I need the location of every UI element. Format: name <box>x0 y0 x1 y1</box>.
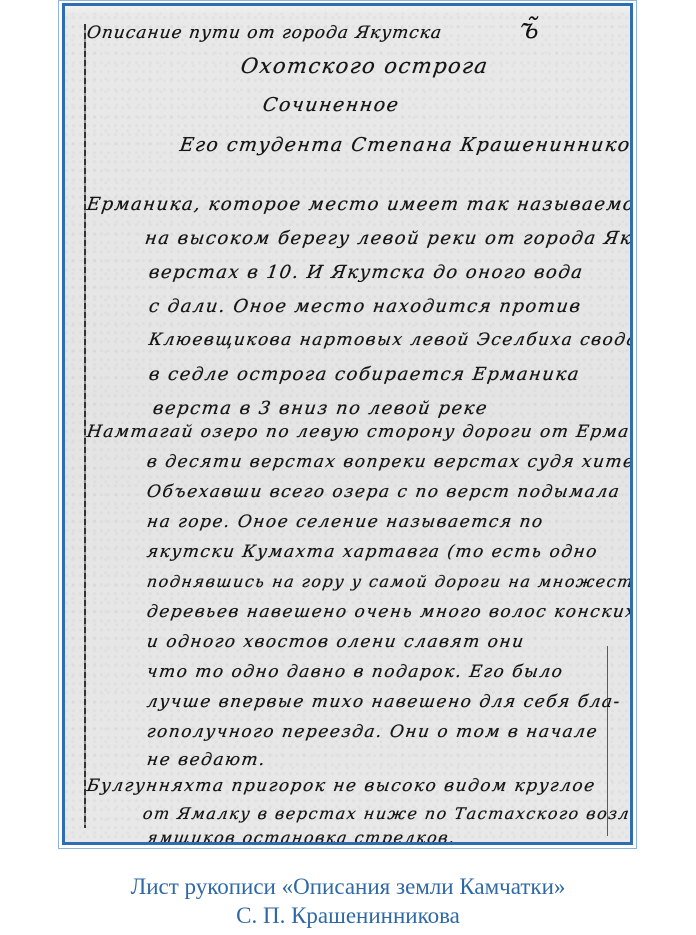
manuscript-line: ямщиков остановка стрелков. <box>146 828 458 845</box>
manuscript-line: и одного хвостов олени славят они <box>146 632 526 652</box>
manuscript-line: Охотского острога <box>239 54 490 78</box>
manuscript-line: Намтагай озеро по левую сторону дороги о… <box>86 422 633 442</box>
margin-line <box>84 24 86 828</box>
manuscript-line: лучше впервые тихо навешено для себя бла… <box>146 692 623 712</box>
caption-title: Лист рукописи «Описания земли Камчатки» <box>0 873 696 901</box>
manuscript-line: на горе. Оное селение называется по <box>146 512 546 532</box>
manuscript-line: якутски Кумахта хартавга (то есть одно <box>146 542 600 562</box>
manuscript-line: верста в 3 вниз по левой реке <box>152 398 490 419</box>
manuscript-line: поднявшись на гору у самой дороги на мно… <box>146 572 633 591</box>
manuscript-line: что то одно давно в подарок. Его было <box>146 662 565 682</box>
manuscript-line: Объехавши всего озера с по верст подымал… <box>146 482 622 502</box>
manuscript-line: Описание пути от города Якутска <box>86 23 444 43</box>
manuscript-line: с дали. Оное место находится против <box>148 296 583 317</box>
manuscript-line: Сочиненное <box>261 94 401 116</box>
manuscript-line: Клюевщикова нартовых левой Эселбиха свод… <box>148 330 633 350</box>
manuscript-line: Булгунняхта пригорок не высоко видом кру… <box>86 776 598 796</box>
manuscript-line: Его студента Степана Крашенинникова <box>178 134 633 156</box>
manuscript-image: Описание пути от города Якутска ъ̃ Охотс… <box>62 3 633 845</box>
manuscript-line: не ведают. <box>146 750 268 770</box>
manuscript-line: от Ямалку в верстах ниже по Тастахского … <box>142 804 633 823</box>
manuscript-line: Ерманика, которое место имеет так называ… <box>86 194 633 215</box>
manuscript-line: гополучного переезда. Они о том в начале <box>146 722 600 742</box>
manuscript-line: деревьев навешено очень много волос конс… <box>146 602 633 622</box>
manuscript-flourish: ъ̃ <box>520 12 539 45</box>
caption-author: С. П. Крашенинникова <box>0 902 696 930</box>
manuscript-line: в десяти верстах вопреки верстах судя хи… <box>146 452 633 472</box>
manuscript-line: верстах в 10. И Якутска до оного вода <box>148 262 586 283</box>
paper-edge <box>65 6 630 14</box>
manuscript-line: на высоком берегу левой реки от города Я… <box>144 228 633 249</box>
manuscript-line: в седле острога собирается Ерманика <box>148 364 582 385</box>
